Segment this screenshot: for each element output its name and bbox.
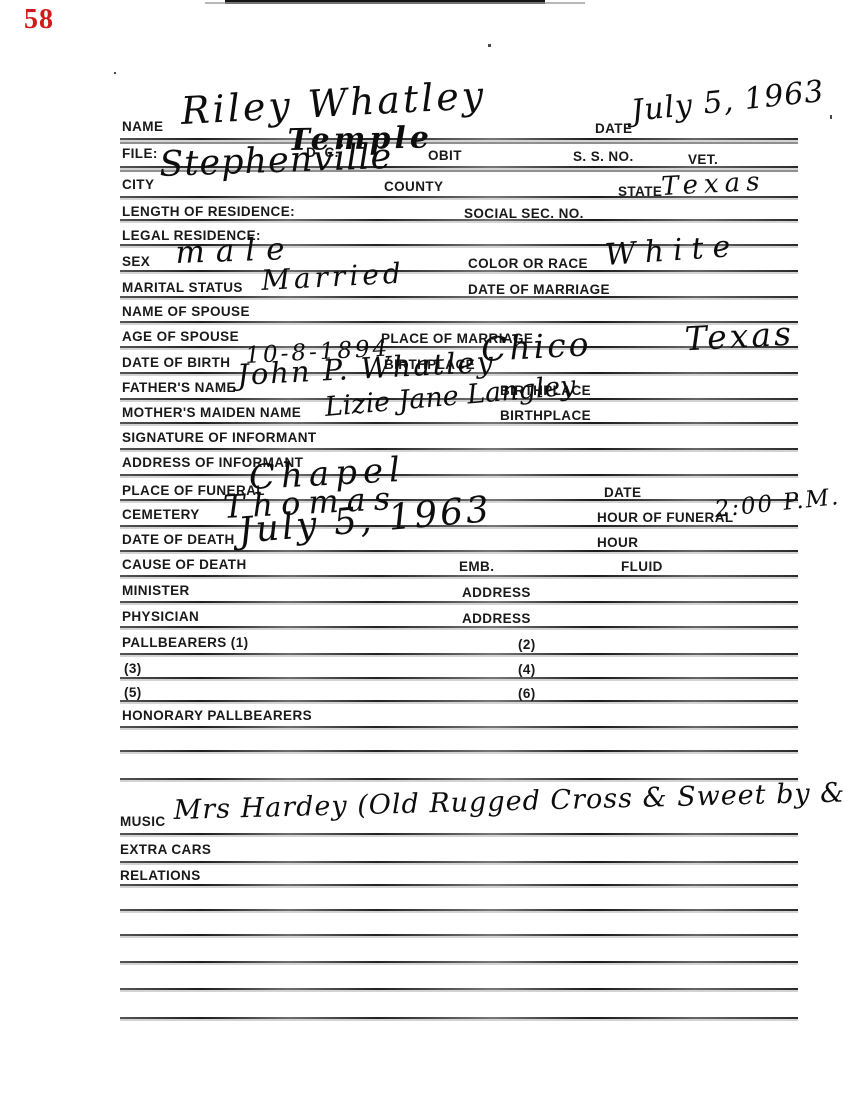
date-label: DATE [595, 122, 632, 136]
rule-line [120, 884, 798, 886]
rule-line [120, 448, 798, 450]
marital-status-label: MARITAL STATUS [122, 281, 243, 295]
rule-line [120, 270, 798, 272]
scan-bar-fringe [205, 2, 585, 4]
rule-line [120, 219, 798, 221]
mothers-maiden-name-label: MOTHER'S MAIDEN NAME [122, 406, 301, 420]
color-or-race-label: COLOR OR RACE [468, 257, 588, 271]
music-value-handwriting: Mrs Hardey (Old Rugged Cross & Sweet by … [173, 778, 850, 824]
length-of-residence-label: LENGTH OF RESIDENCE: [122, 205, 295, 219]
sex-label: SEX [122, 255, 150, 269]
physician-label: PHYSICIAN [122, 610, 199, 624]
age-of-spouse-label: AGE OF SPOUSE [122, 330, 239, 344]
pallbearers-5-label: (5) [124, 686, 142, 700]
rule-line [120, 575, 798, 577]
city-value-handwriting: Stephenville [159, 140, 393, 183]
rule-line [120, 934, 798, 936]
rule-line [120, 677, 798, 679]
rule-line [120, 778, 798, 780]
rule-line [120, 474, 798, 476]
pallbearers-2-label: (2) [518, 638, 536, 652]
rule-line [120, 726, 798, 728]
scan-speck [114, 72, 116, 74]
minister-label: MINISTER [122, 584, 190, 598]
cause-of-death-label: CAUSE OF DEATH [122, 558, 247, 572]
city-label: CITY [122, 178, 154, 192]
state-label: STATE [618, 185, 662, 199]
date-value-handwriting: July 5, 1963 [630, 77, 826, 127]
extra-cars-label: EXTRA CARS [120, 843, 211, 857]
county-label: COUNTY [384, 180, 443, 194]
fluid-label: FLUID [621, 560, 663, 574]
file-label: FILE: [122, 147, 158, 161]
name-label: NAME [122, 120, 163, 134]
rule-line [120, 1017, 798, 1019]
rule-line [120, 700, 798, 702]
rule-line [120, 750, 798, 752]
rule-line [120, 138, 798, 140]
address-label: ADDRESS [462, 586, 531, 600]
honorary-pallbearers-label: HONORARY PALLBEARERS [122, 709, 312, 723]
hour-label: HOUR [597, 536, 638, 550]
date-of-marriage-label: DATE OF MARRIAGE [468, 283, 610, 297]
address-label: ADDRESS [462, 612, 531, 626]
scanned-funeral-record-page: 58 NAME DATE FILE: D. C. OBIT S. S. NO. … [0, 0, 850, 1100]
marital-status-value-handwriting: Married [261, 260, 406, 295]
pallbearers-1-label: PALLBEARERS (1) [122, 636, 249, 650]
rule-line [120, 601, 798, 603]
music-label: MUSIC [120, 815, 166, 829]
scan-speck [488, 44, 491, 47]
color-or-race-value-handwriting: White [604, 232, 740, 271]
date-of-death-label: DATE OF DEATH [122, 533, 235, 547]
pallbearers-3-label: (3) [124, 662, 142, 676]
fathers-name-label: FATHER'S NAME [122, 381, 236, 395]
rule-line [120, 296, 798, 298]
rule-line [120, 653, 798, 655]
rule-line [120, 422, 798, 424]
rule-line [120, 988, 798, 990]
rule-line [120, 833, 798, 835]
scan-speck [830, 115, 832, 119]
ss-no-label: S. S. NO. [573, 150, 634, 164]
rule-line [120, 909, 798, 911]
hour-of-funeral-label: HOUR OF FUNERAL [597, 511, 734, 525]
emb-label: EMB. [459, 560, 494, 574]
social-sec-no-label: SOCIAL SEC. NO. [464, 207, 584, 221]
date-of-birth-label: DATE OF BIRTH [122, 356, 230, 370]
hour-of-funeral-value-handwriting: 2:00 P.M. [714, 486, 842, 522]
page-number: 58 [24, 4, 54, 36]
pallbearers-6-label: (6) [518, 687, 536, 701]
birthplace-value-handwriting: Chico Texas [480, 317, 794, 366]
rule-line [120, 550, 798, 552]
date-label: DATE [604, 486, 641, 500]
pallbearers-4-label: (4) [518, 663, 536, 677]
cemetery-label: CEMETERY [122, 508, 200, 522]
rule-line [120, 961, 798, 963]
rule-line [120, 626, 798, 628]
birthplace-label: BIRTHPLACE [500, 409, 591, 423]
name-of-spouse-label: NAME OF SPOUSE [122, 305, 250, 319]
vet-label: VET. [688, 153, 718, 167]
rule-line [120, 861, 798, 863]
signature-of-informant-label: SIGNATURE OF INFORMANT [122, 431, 317, 445]
state-value-handwriting: Texas [661, 169, 766, 200]
relations-label: RELATIONS [120, 869, 201, 883]
